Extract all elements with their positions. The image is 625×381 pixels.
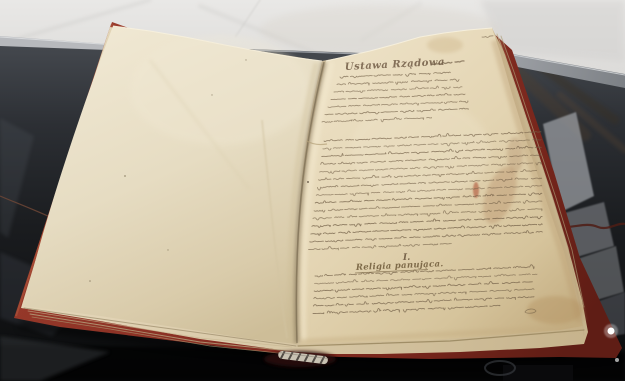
page-sheen <box>130 35 310 145</box>
stain <box>427 37 463 53</box>
speck <box>307 181 309 183</box>
stain <box>507 137 523 173</box>
light-glare-spot <box>615 358 619 362</box>
dark-reflection-rect <box>503 365 573 381</box>
speck <box>89 280 91 282</box>
light-glare-spot <box>608 328 615 335</box>
speck <box>124 175 126 177</box>
speck <box>211 94 212 95</box>
speck <box>167 249 168 250</box>
photo-manuscript-display: Ustawa Rządowa I. Religia panująca. <box>0 0 625 381</box>
speck <box>245 59 246 60</box>
